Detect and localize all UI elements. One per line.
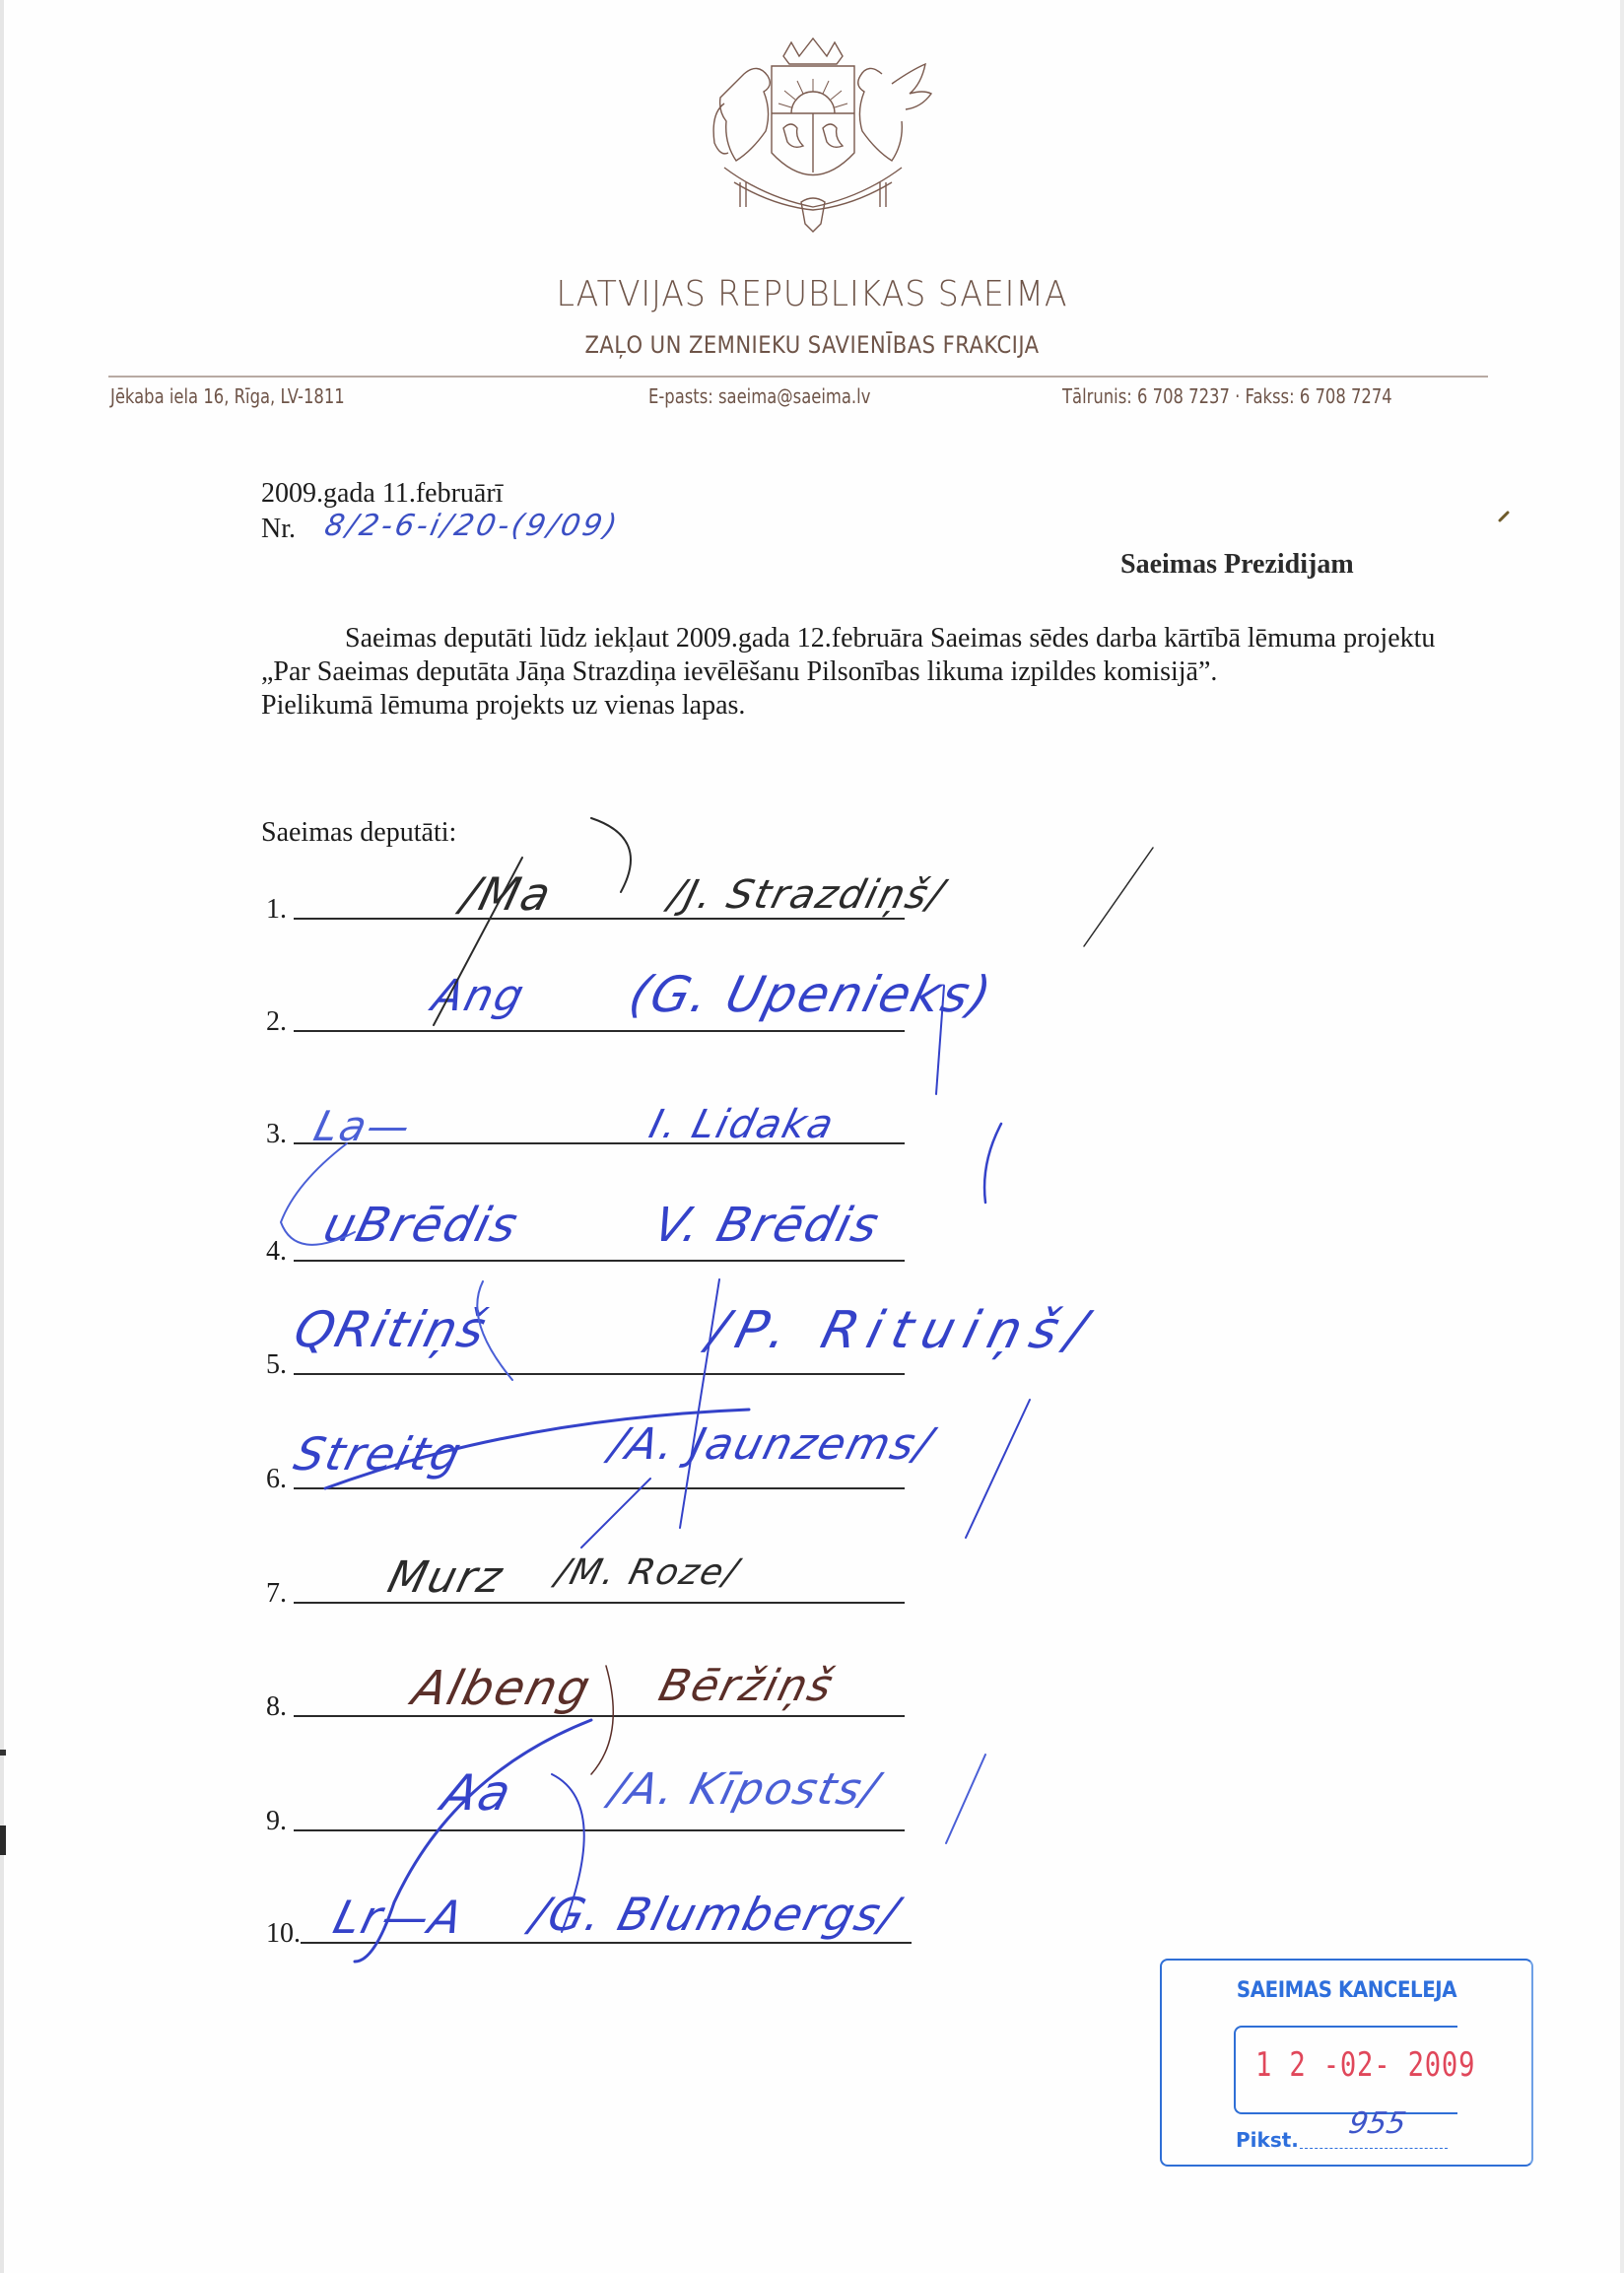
printed-name-1: /J. Strazdiņš/: [664, 872, 949, 918]
letterhead-phone-fax: Tālrunis: 6 708 7237 · Fakss: 6 708 7274: [1062, 384, 1392, 408]
signature-number: 1.: [266, 894, 294, 926]
letterhead-subtitle: ZAĻO UN ZEMNIEKU SAVIENĪBAS FRAKCIJA: [98, 331, 1526, 359]
signature-number: 8.: [266, 1691, 294, 1723]
printed-name-5: /P. Rituiņš/: [703, 1301, 1103, 1360]
signature-8: Albeng: [407, 1661, 597, 1716]
signature-7: Murz: [383, 1552, 509, 1603]
signature-2: Ang: [428, 971, 531, 1021]
deputies-label: Saeimas deputāti:: [261, 817, 456, 849]
signature-10: Lr—A: [328, 1891, 469, 1944]
letter-date: 2009.gada 11.februārī: [261, 478, 503, 510]
signature-number: 9.: [266, 1806, 294, 1837]
stamp-date: 1 2 -02- 2009: [1255, 2045, 1475, 2085]
letterhead-title: LATVIJAS REPUBLIKAS SAEIMA: [65, 274, 1559, 314]
scan-edge-left: [0, 0, 4, 2273]
signature-number: 2.: [266, 1006, 294, 1038]
printed-name-2: (G. Upenieks): [624, 966, 998, 1023]
signature-number: 4.: [266, 1236, 294, 1268]
printed-name-8: Bēržiņš: [654, 1661, 840, 1711]
latvia-coat-of-arms-icon: [685, 34, 941, 241]
receipt-stamp: SAEIMAS KANCELEJA 1 2 -02- 2009 Pikst. 9…: [1160, 1959, 1533, 2167]
signature-1: /Ma: [456, 867, 558, 921]
printed-name-4: V. Brēdis: [648, 1198, 886, 1253]
signature-9: Aa: [437, 1764, 518, 1822]
signature-5: QRitiņš: [289, 1301, 494, 1358]
signature-number: 10.: [266, 1918, 301, 1950]
letterhead-email: E-pasts: saeima@saeima.lv: [648, 384, 870, 408]
printed-name-9: /A. Kīposts/: [605, 1764, 885, 1815]
attachment-note: Pielikumā lēmuma projekts uz vienas lapa…: [261, 689, 1444, 723]
addressee: Saeimas Prezidijam: [1120, 549, 1354, 581]
signature-number: 3.: [266, 1119, 294, 1150]
signature-number: 7.: [266, 1578, 294, 1610]
letter-number-handwritten: 8/2-6-i/20-(9/09): [321, 509, 623, 543]
letter-number-label: Nr.: [261, 514, 296, 545]
letter-body: Saeimas deputāti lūdz iekļaut 2009.gada …: [261, 622, 1444, 723]
stamp-title: SAEIMAS KANCELEJA: [1181, 1978, 1514, 2003]
printed-name-7: /M. Roze/: [552, 1552, 744, 1593]
stamp-received-number: 955: [1346, 2106, 1408, 2141]
stamp-date-box: 1 2 -02- 2009: [1234, 2026, 1457, 2114]
printed-name-10: /G. Blumbergs/: [525, 1888, 905, 1941]
scan-edge-right: [1620, 0, 1624, 2273]
signature-3: La—: [309, 1102, 417, 1150]
letterhead-divider: [108, 376, 1488, 378]
printed-name-3: I. Lidaka: [644, 1102, 840, 1147]
scan-mark: [0, 1750, 6, 1756]
request-paragraph: Saeimas deputāti lūdz iekļaut 2009.gada …: [261, 622, 1444, 689]
signature-6: Streitg: [289, 1427, 468, 1481]
signature-4: uBrēdis: [318, 1198, 524, 1253]
stamp-received-label: Pikst.: [1236, 2128, 1299, 2152]
scan-mark: [0, 1825, 6, 1855]
letterhead-address: Jēkaba iela 16, Rīga, LV-1811: [110, 384, 345, 408]
stamp-received-line: [1300, 2148, 1448, 2149]
printed-name-6: /A. Jaunzems/: [605, 1419, 939, 1470]
